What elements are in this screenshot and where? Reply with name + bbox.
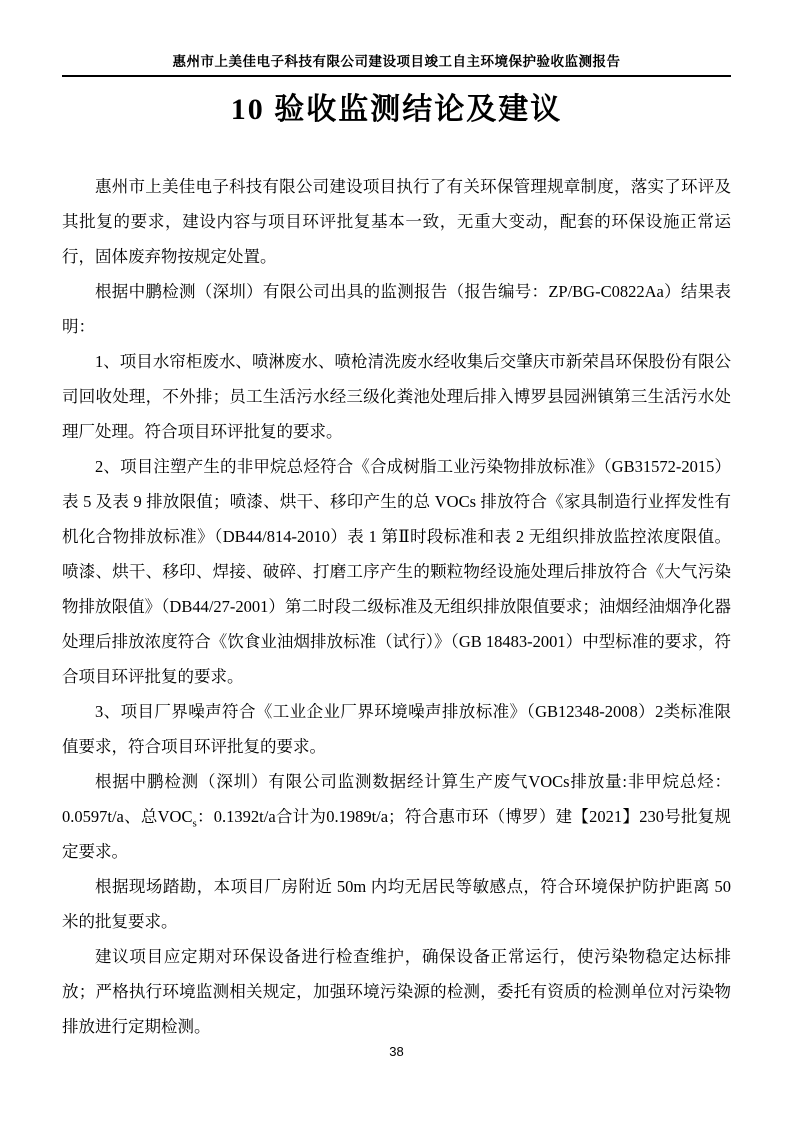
section-title: 10 验收监测结论及建议 bbox=[62, 90, 731, 129]
paragraph-report-intro: 根据中鹏检测（深圳）有限公司出具的监测报告（报告编号：ZP/BG-C0822Aa… bbox=[62, 274, 731, 344]
paragraph-item-2-exhaust-gas: 2、项目注塑产生的非甲烷总烃符合《合成树脂工业污染物排放标准》（GB31572-… bbox=[62, 449, 731, 694]
page-footer: 38 bbox=[0, 1044, 793, 1059]
paragraph-site-survey: 根据现场踏勘，本项目厂房附近 50m 内均无居民等敏感点，符合环境保护防护距离 … bbox=[62, 869, 731, 939]
paragraph-recommendations: 建议项目应定期对环保设备进行检查维护，确保设备正常运行，使污染物稳定达标排放；严… bbox=[62, 939, 731, 1044]
body-text: 惠州市上美佳电子科技有限公司建设项目执行了有关环保管理规章制度，落实了环评及其批… bbox=[62, 169, 731, 1044]
paragraph-overview: 惠州市上美佳电子科技有限公司建设项目执行了有关环保管理规章制度，落实了环评及其批… bbox=[62, 169, 731, 274]
paragraph-item-3-noise: 3、项目厂界噪声符合《工业企业厂界环境噪声排放标准》（GB12348-2008）… bbox=[62, 694, 731, 764]
running-header: 惠州市上美佳电子科技有限公司建设项目竣工自主环境保护验收监测报告 bbox=[62, 0, 731, 77]
paragraph-vocs-emission: 根据中鹏检测（深圳）有限公司监测数据经计算生产废气VOCs排放量:非甲烷总烃：0… bbox=[62, 764, 731, 869]
page-content: 惠州市上美佳电子科技有限公司建设项目竣工自主环境保护验收监测报告 10 验收监测… bbox=[0, 0, 793, 1044]
document-page: 惠州市上美佳电子科技有限公司建设项目竣工自主环境保护验收监测报告 10 验收监测… bbox=[0, 0, 793, 1122]
paragraph-item-1-wastewater: 1、项目水帘柜废水、喷淋废水、喷枪清洗废水经收集后交肇庆市新荣昌环保股份有限公司… bbox=[62, 344, 731, 449]
page-number: 38 bbox=[389, 1044, 403, 1059]
